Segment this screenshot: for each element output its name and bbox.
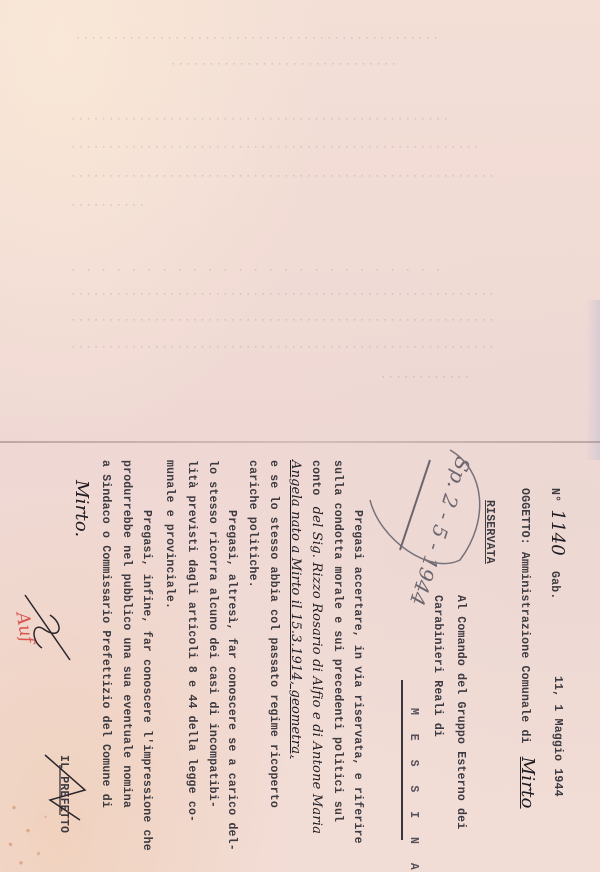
closing-place-handwritten: Mirto.	[74, 480, 88, 537]
body-p2-line-1: Pregasi, altresì, far conoscere se a car…	[224, 510, 238, 851]
bleed-through-line: ........................................…	[70, 115, 530, 125]
subject-place-handwritten: Mirto	[517, 757, 538, 809]
body-p3-line-3: a Sindaco o Commissario Prefettizio del …	[98, 460, 112, 808]
bleed-through-line: ........................................…	[70, 143, 560, 153]
body-p3-line-1: Pregasi, infine, far conoscere l'impress…	[139, 510, 153, 851]
body-p1-line-3: conto del Sig. Rizzo Rosario di Alfio e …	[308, 460, 323, 834]
bleed-through-line: ........................................…	[70, 290, 570, 300]
bleed-through-line: ............	[380, 373, 510, 383]
body-p1-line-4: e se lo stesso abbia col passato regime …	[266, 460, 280, 808]
paper-edge-shadow	[586, 300, 600, 460]
bleed-through-line: ........................................…	[70, 316, 570, 326]
body-p1-line-2: sulla condotta morale e sui precedenti p…	[330, 460, 344, 822]
document-page: ........................................…	[0, 0, 600, 872]
pencil-loop-mark	[360, 440, 490, 580]
bleed-through-line: ........................................…	[70, 172, 570, 182]
bleed-through-line: ..............................	[170, 60, 410, 70]
bleed-through-line: . . . . . . . . . . . . . . . . . . . . …	[70, 266, 560, 276]
bleed-through-line: ..........	[70, 201, 160, 211]
body-p1-line-1: Pregasi accertare, in via riservata, e r…	[350, 510, 364, 844]
body-p2-line-2: lo stesso ricorra alcuno dei casi di inc…	[205, 460, 219, 808]
bleed-through-area: ........................................…	[0, 0, 600, 440]
recipient-city: M E S S I N A	[406, 708, 420, 872]
handwritten-insert: del Sig. Rizzo Rosario di Alfio e di Ant…	[309, 507, 324, 834]
date-line: 11, 1 Maggio 1944	[550, 676, 564, 797]
city-underline	[402, 680, 404, 840]
body-p1-line-5: cariche politiche.	[245, 460, 259, 588]
bleed-through-line: ........................................…	[75, 34, 515, 44]
protocol-number: 1140	[547, 509, 568, 556]
handwritten-insert: Angela nato a Mirto il 15.3.1914, geomet…	[288, 460, 302, 759]
body-p3-line-2: produrrebbe nel pubblico una sua eventua…	[119, 460, 133, 808]
recipient-line-2: Carabinieri Reali di	[430, 595, 444, 737]
typed-fragment: conto	[309, 460, 322, 496]
subject-text: Amministrazione Comunale di	[518, 552, 531, 744]
subject-line: OGGETTO: Amministrazione Comunale di Mir…	[517, 488, 534, 809]
prefect-signature	[35, 750, 95, 830]
bleed-through-line: ........................................…	[70, 343, 570, 353]
protocol-prefix: N°	[548, 488, 561, 502]
subject-label: OGGETTO:	[518, 488, 531, 545]
letter-body: N° 1140 Gab. 11, 1 Maggio 1944 OGGETTO: …	[0, 440, 600, 872]
protocol-line: N° 1140 Gab.	[547, 488, 564, 599]
recipient-line-1: Al Comando del Gruppo Esterno dei	[453, 595, 467, 829]
protocol-suffix: Gab.	[548, 571, 561, 599]
body-p2-line-3: lità previsti dagli articoli 8 e 44 dell…	[184, 460, 198, 822]
body-p2-line-4: munale e provinciale.	[162, 460, 176, 609]
